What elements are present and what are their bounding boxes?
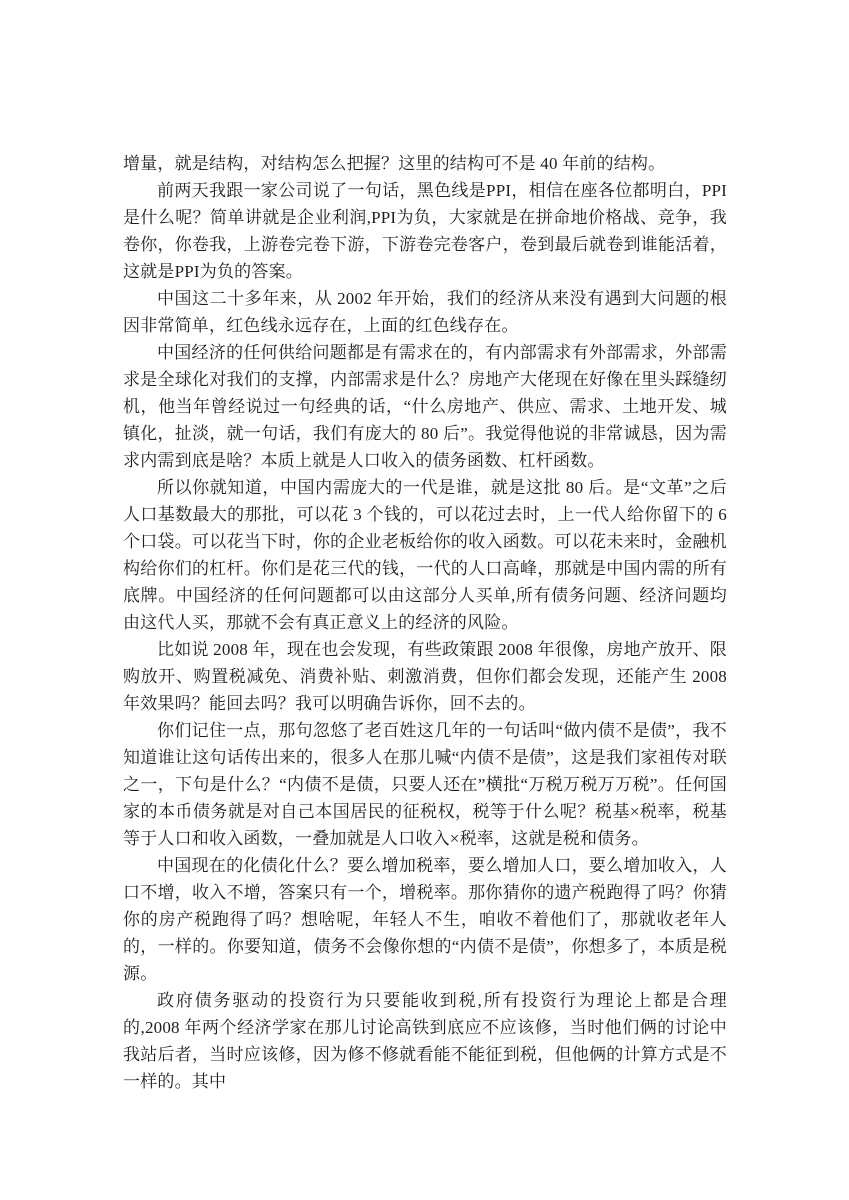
body-text: 增量，就是结构，对结构怎么把握？这里的结构可不是 40 年前的结构。前两天我跟一… bbox=[123, 150, 727, 1095]
paragraph-4: 中国经济的任何供给问题都是有需求在的，有内部需求有外部需求，外部需求是全球化对我… bbox=[123, 339, 727, 474]
document-page: 增量，就是结构，对结构怎么把握？这里的结构可不是 40 年前的结构。前两天我跟一… bbox=[0, 0, 849, 1200]
paragraph-3: 中国这二十多年来，从 2002 年开始，我们的经济从来没有遇到大问题的根因非常简… bbox=[123, 285, 727, 339]
paragraph-8: 中国现在的化债化什么？要么增加税率，要么增加人口，要么增加收入，人口不增，收入不… bbox=[123, 852, 727, 987]
paragraph-7: 你们记住一点，那句忽悠了老百姓这几年的一句话叫“做内债不是债”，我不知道谁让这句… bbox=[123, 717, 727, 852]
paragraph-2: 前两天我跟一家公司说了一句话，黑色线是PPI，相信在座各位都明白，PPI是什么呢… bbox=[123, 177, 727, 285]
paragraph-9: 政府债务驱动的投资行为只要能收到税,所有投资行为理论上都是合理的,2008 年两… bbox=[123, 987, 727, 1095]
paragraph-5: 所以你就知道，中国内需庞大的一代是谁，就是这批 80 后。是“文革”之后人口基数… bbox=[123, 474, 727, 636]
paragraph-1: 增量，就是结构，对结构怎么把握？这里的结构可不是 40 年前的结构。 bbox=[123, 150, 727, 177]
paragraph-6: 比如说 2008 年，现在也会发现，有些政策跟 2008 年很像，房地产放开、限… bbox=[123, 636, 727, 717]
